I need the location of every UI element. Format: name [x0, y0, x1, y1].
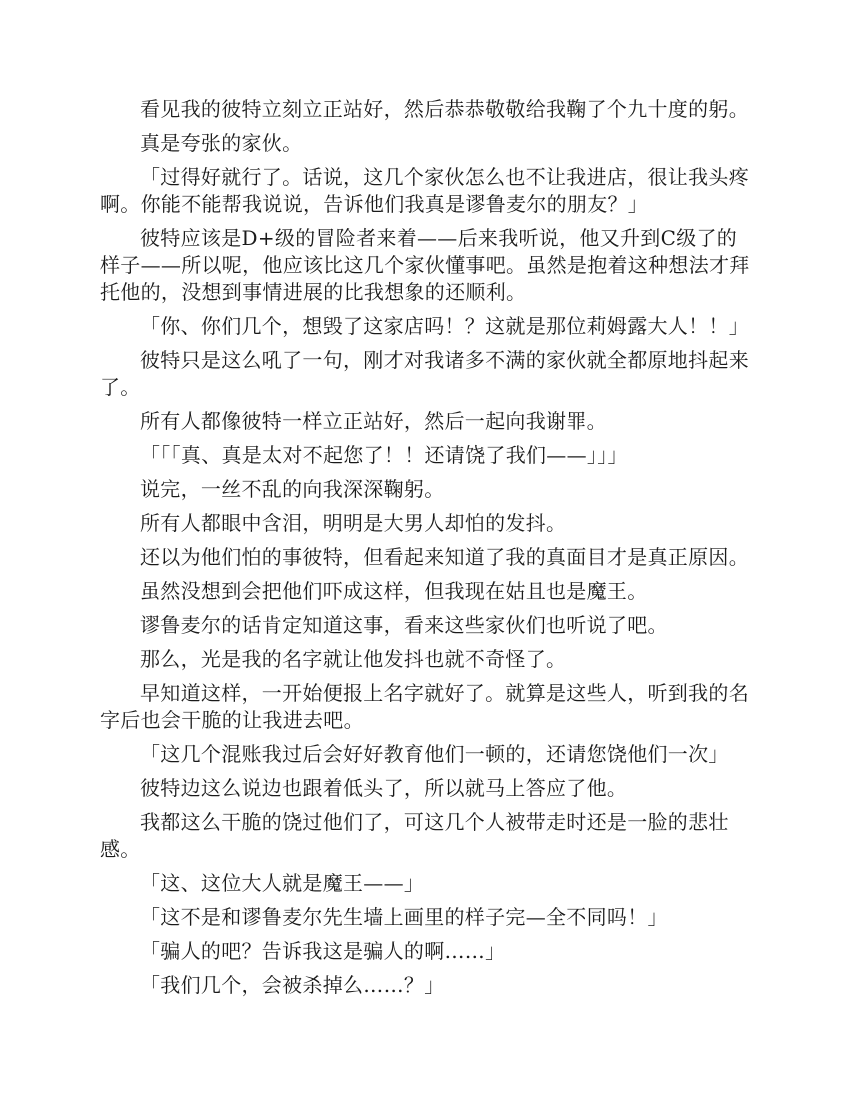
paragraph: 「我们几个，会被杀掉么……？」 [100, 972, 750, 999]
paragraph: 虽然没想到会把他们吓成这样，但我现在姑且也是魔王。 [100, 578, 750, 605]
paragraph: 我都这么干脆的饶过他们了，可这几个人被带走时还是一脸的悲壮感。 [100, 809, 750, 863]
paragraph: 彼特只是这么吼了一句，刚才对我诸多不满的家伙就全都原地抖起来了。 [100, 347, 750, 401]
paragraph: 早知道这样，一开始便报上名字就好了。就算是这些人，听到我的名字后也会干脆的让我进… [100, 680, 750, 734]
paragraph: 说完，一丝不乱的向我深深鞠躬。 [100, 476, 750, 503]
paragraph: 所有人都眼中含泪，明明是大男人却怕的发抖。 [100, 510, 750, 537]
paragraph: 「骗人的吧？告诉我这是骗人的啊……」 [100, 938, 750, 965]
paragraph: 「这不是和谬鲁麦尔先生墙上画里的样子完—全不同吗！」 [100, 904, 750, 931]
paragraph: 那么，光是我的名字就让他发抖也就不奇怪了。 [100, 646, 750, 673]
paragraph: 谬鲁麦尔的话肯定知道这事，看来这些家伙们也听说了吧。 [100, 612, 750, 639]
paragraph: 所有人都像彼特一样立正站好，然后一起向我谢罪。 [100, 408, 750, 435]
paragraph: 「这、这位大人就是魔王——」 [100, 870, 750, 897]
paragraph: 「「「真、真是太对不起您了！！还请饶了我们——」」」 [100, 442, 750, 469]
paragraph: 「过得好就行了。话说，这几个家伙怎么也不让我进店，很让我头疼啊。你能不能帮我说说… [100, 164, 750, 218]
document-page: 看见我的彼特立刻立正站好，然后恭恭敬敬给我鞠了个九十度的躬。 真是夸张的家伙。 … [100, 96, 750, 1006]
paragraph: 还以为他们怕的事彼特，但看起来知道了我的真面目才是真正原因。 [100, 544, 750, 571]
paragraph: 「你、你们几个，想毁了这家店吗！？这就是那位莉姆露大人！！」 [100, 313, 750, 340]
paragraph: 彼特边这么说边也跟着低头了，所以就马上答应了他。 [100, 775, 750, 802]
paragraph: 「这几个混账我过后会好好教育他们一顿的，还请您饶他们一次」 [100, 741, 750, 768]
paragraph: 彼特应该是D+级的冒险者来着——后来我听说，他又升到C级了的样子——所以呢，他应… [100, 225, 750, 306]
paragraph: 看见我的彼特立刻立正站好，然后恭恭敬敬给我鞠了个九十度的躬。 [100, 96, 750, 123]
paragraph: 真是夸张的家伙。 [100, 130, 750, 157]
